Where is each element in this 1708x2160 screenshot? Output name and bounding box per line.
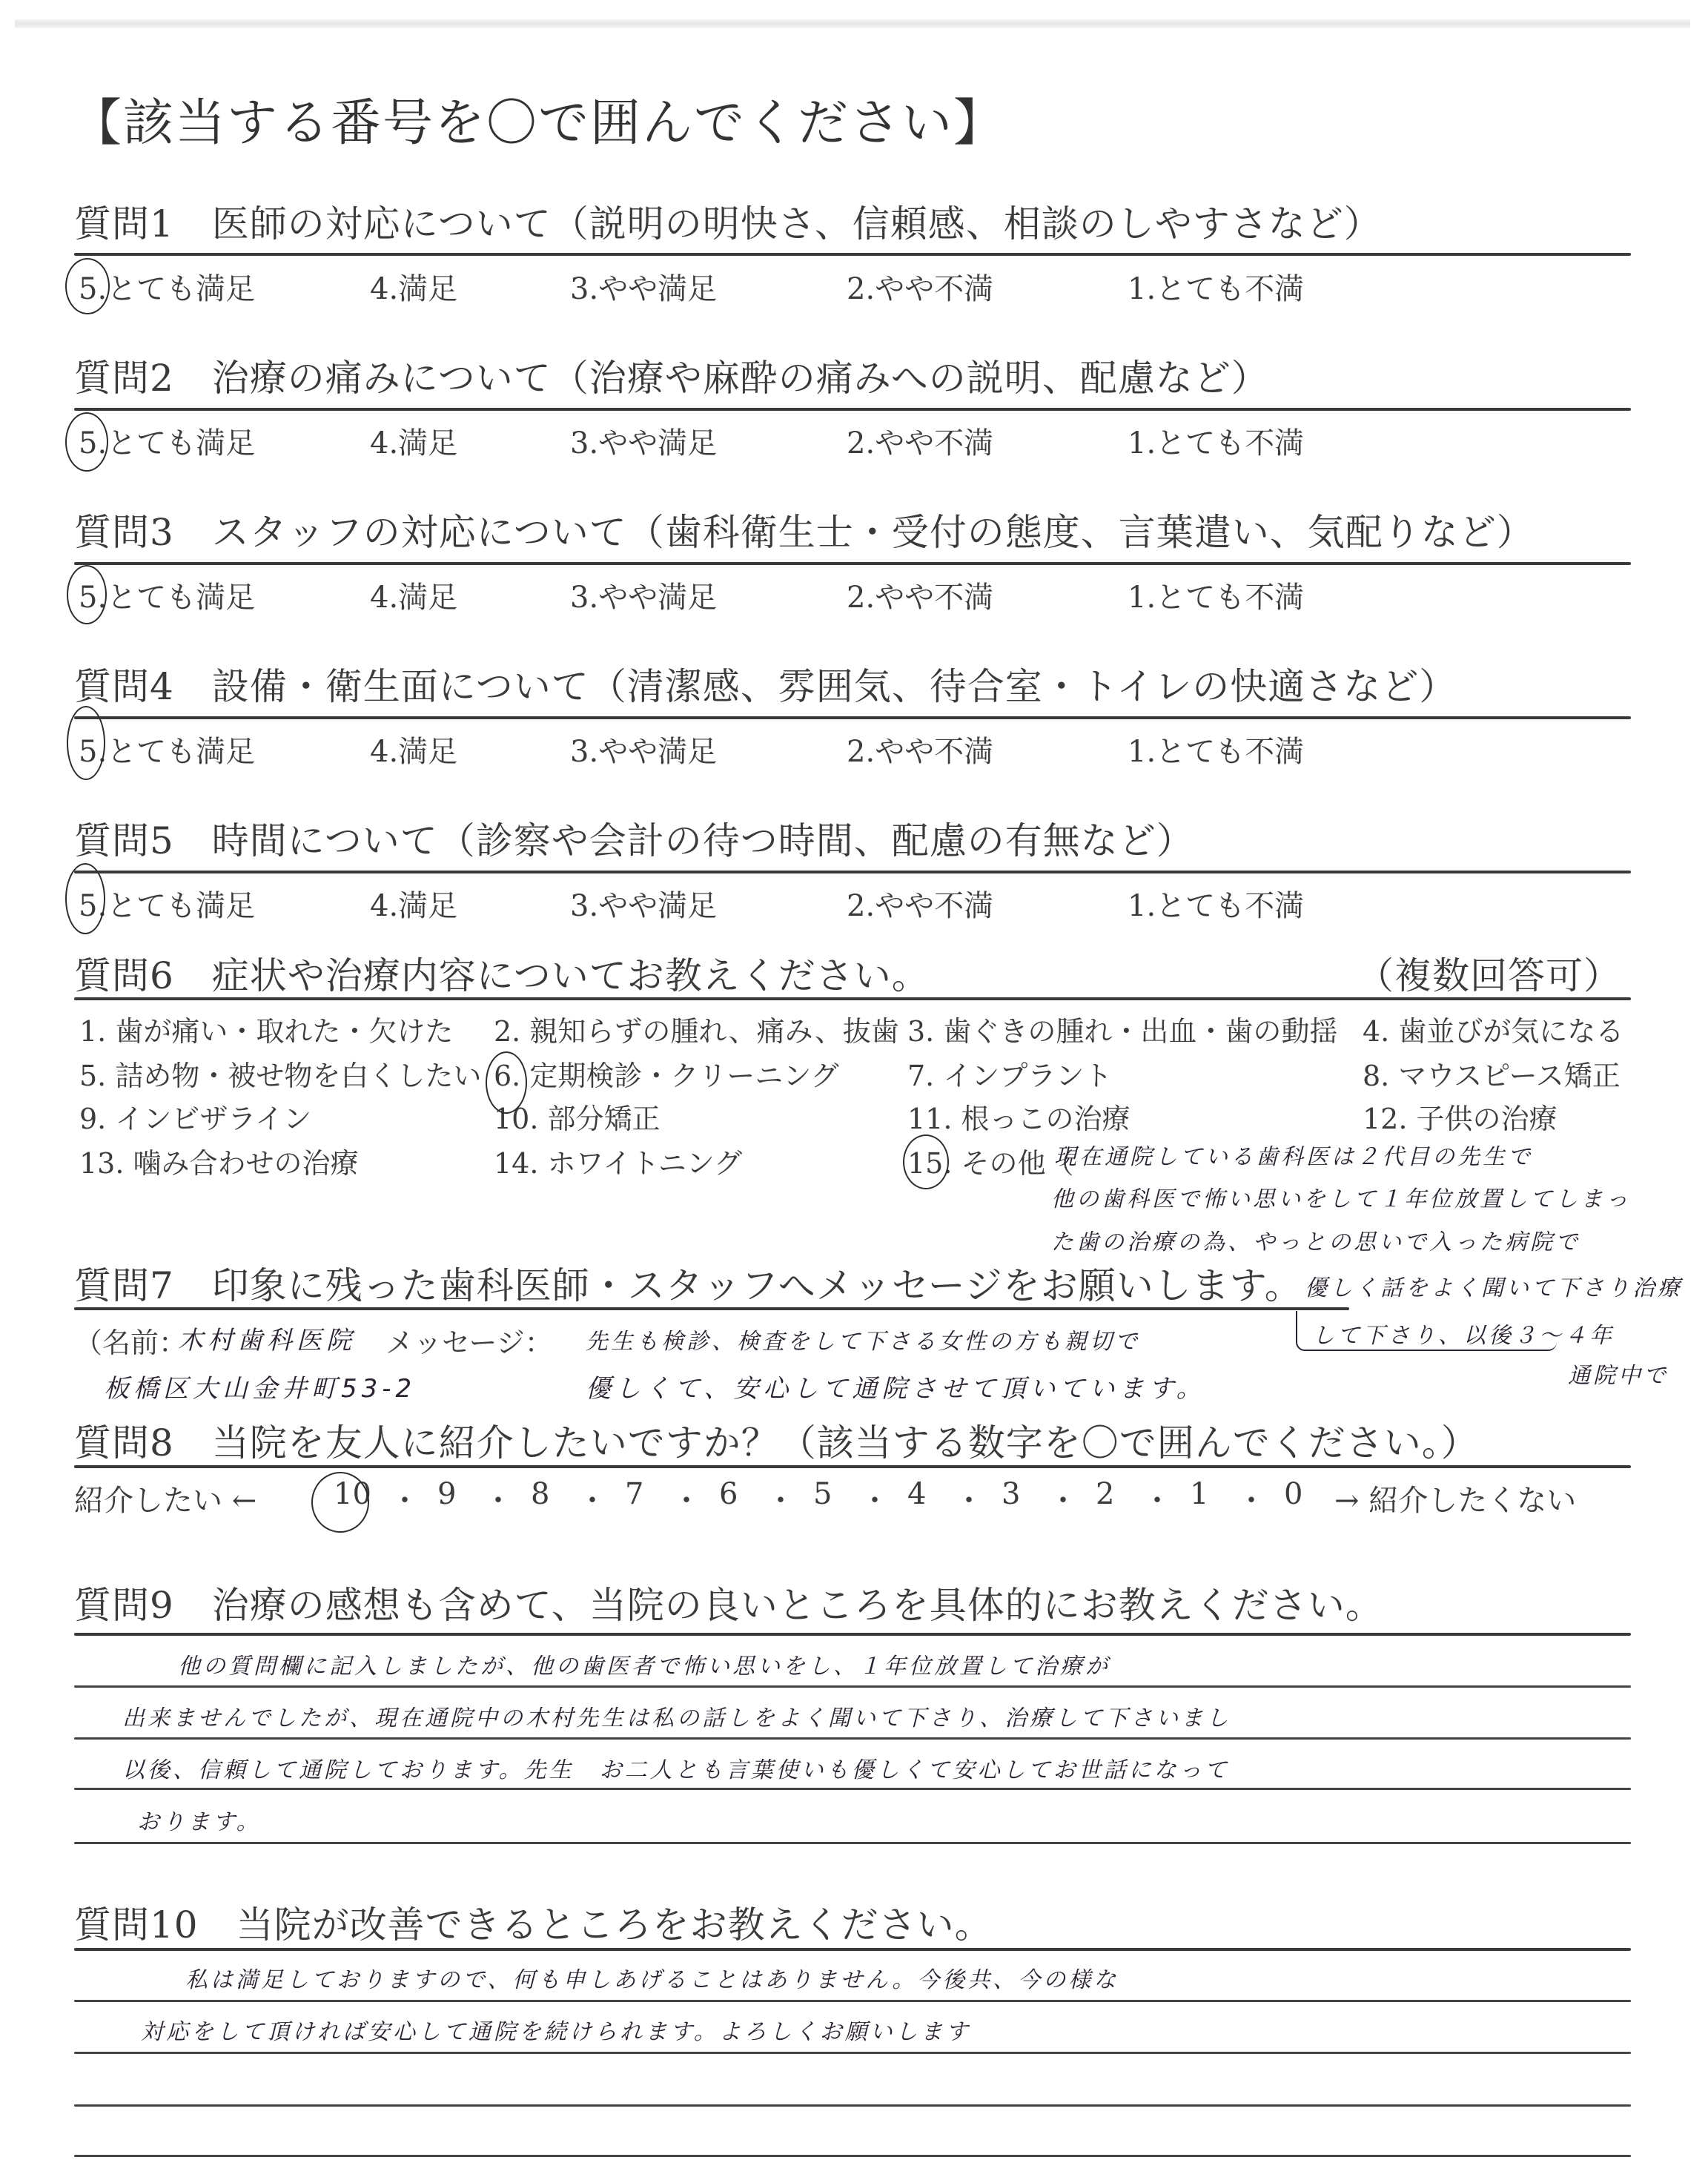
q7-name-label: （名前： xyxy=(74,1320,187,1361)
q6-other-line-4: 優しく話をよく聞いて下さり治療 xyxy=(1305,1269,1683,1302)
question-6-divider xyxy=(74,997,1631,1000)
q6-item-3[interactable]: 3. 歯ぐきの腫れ・出血・歯の動揺 xyxy=(907,1008,1337,1049)
q2-option-4[interactable]: 4.満足 xyxy=(370,420,457,462)
q8-score-6[interactable]: 6 xyxy=(719,1477,738,1511)
q9-answer-line xyxy=(74,1788,1631,1790)
q9-answer-line-1[interactable]: 他の質問欄に記入しましたが、他の歯医者で怖い思いをし、１年位放置して治療が xyxy=(178,1648,1110,1680)
q4-option-1[interactable]: 1.とても不満 xyxy=(1128,728,1304,770)
q8-score-9[interactable]: 9 xyxy=(437,1477,456,1511)
q8-score-8[interactable]: 8 xyxy=(531,1477,549,1511)
q5-option-1[interactable]: 1.とても不満 xyxy=(1128,882,1304,925)
question-2-divider xyxy=(74,408,1631,411)
question-8-divider xyxy=(74,1465,1631,1468)
question-5-heading: 質問5 時間について（診察や会計の待つ時間、配慮の有無など） xyxy=(74,811,1194,865)
q9-answer-line xyxy=(74,1737,1631,1740)
question-7-divider xyxy=(74,1307,1349,1310)
q5-option-3[interactable]: 3.やや満足 xyxy=(570,882,717,925)
q2-option-1[interactable]: 1.とても不満 xyxy=(1128,420,1304,462)
q7-message-line-2[interactable]: 優しくて、安心して通院させて頂いています。 xyxy=(586,1368,1206,1404)
q6-other-line-2: 他の歯科医で怖い思いをして１年位放置してしまっ xyxy=(1051,1180,1631,1213)
q8-right-label: → 紹介したくない xyxy=(1334,1477,1576,1519)
q8-separator: ・ xyxy=(1142,1477,1172,1519)
q6-item-7[interactable]: 7. インプラント xyxy=(907,1053,1112,1094)
q6-other-line-6: 通院中で xyxy=(1568,1357,1669,1390)
q8-score-7[interactable]: 7 xyxy=(625,1477,643,1511)
question-10-divider xyxy=(74,1948,1631,1951)
q10-answer-line-2[interactable]: 対応をして頂ければ安心して通院を続けられます。よろしくお願いします xyxy=(141,2013,971,2046)
q1-option-1[interactable]: 1.とても不満 xyxy=(1128,265,1304,308)
q8-left-label: 紹介したい ← xyxy=(74,1477,256,1519)
q1-option-4[interactable]: 4.満足 xyxy=(370,265,457,308)
question-9-heading: 質問9 治療の感想も含めて、当院の良いところを具体的にお教えください。 xyxy=(74,1576,1383,1629)
q6-item-13[interactable]: 13. 噛み合わせの治療 xyxy=(79,1140,359,1181)
q9-answer-line-4[interactable]: おります。 xyxy=(137,1803,262,1836)
q7-address-value[interactable]: 板橋区大山金井町53-2 xyxy=(104,1368,416,1404)
question-5-divider xyxy=(74,871,1631,873)
q6-item-12[interactable]: 12. 子供の治療 xyxy=(1363,1096,1558,1137)
q4-option-4[interactable]: 4.満足 xyxy=(370,728,457,770)
q9-answer-line xyxy=(74,1685,1631,1688)
q1-selected-circle xyxy=(65,258,110,314)
q2-selected-circle xyxy=(65,412,108,472)
q8-separator: ・ xyxy=(1237,1477,1266,1519)
q4-option-2[interactable]: 2.やや不満 xyxy=(847,728,993,770)
q8-separator: ・ xyxy=(1048,1477,1078,1519)
q5-option-4[interactable]: 4.満足 xyxy=(370,882,457,925)
q1-option-3[interactable]: 3.やや満足 xyxy=(570,265,717,308)
q8-separator: ・ xyxy=(672,1477,701,1519)
scan-top-edge xyxy=(15,19,1690,28)
q8-separator: ・ xyxy=(577,1477,607,1519)
q6-item-4[interactable]: 4. 歯並びが気になる xyxy=(1363,1008,1623,1049)
q8-score-5[interactable]: 5 xyxy=(813,1477,832,1511)
q8-separator: ・ xyxy=(390,1477,420,1519)
instruction-title: 【該当する番号を〇で囲んでください】 xyxy=(71,83,1005,155)
question-1-divider xyxy=(74,253,1631,256)
q10-answer-line xyxy=(74,2000,1631,2002)
q8-score-1[interactable]: 1 xyxy=(1190,1477,1208,1511)
q8-separator: ・ xyxy=(954,1477,984,1519)
q6-item-5[interactable]: 5. 詰め物・被せ物を白くしたい xyxy=(79,1053,481,1094)
q10-answer-line xyxy=(74,2155,1631,2157)
question-6-multiple-note: （複数回答可） xyxy=(1357,946,1621,1000)
q6-item-6-selected-circle xyxy=(486,1051,527,1114)
q3-selected-circle xyxy=(67,565,107,624)
question-9-divider xyxy=(74,1633,1631,1636)
q8-separator: ・ xyxy=(860,1477,890,1519)
q2-option-3[interactable]: 3.やや満足 xyxy=(570,420,717,462)
q8-score-0[interactable]: 0 xyxy=(1284,1477,1302,1511)
question-4-divider xyxy=(74,716,1631,719)
q7-name-value[interactable]: 木村歯科医院 xyxy=(178,1320,356,1356)
q3-option-3[interactable]: 3.やや満足 xyxy=(570,574,717,616)
q4-option-5[interactable]: 5.とても満足 xyxy=(79,728,255,770)
q3-option-4[interactable]: 4.満足 xyxy=(370,574,457,616)
question-2-heading: 質問2 治療の痛みについて（治療や麻酔の痛みへの説明、配慮など） xyxy=(74,349,1269,402)
q9-answer-line-2[interactable]: 出来ませんでしたが、現在通院中の木村先生は私の話しをよく聞いて下さり、治療して下… xyxy=(122,1700,1231,1732)
q5-option-2[interactable]: 2.やや不満 xyxy=(847,882,993,925)
q10-answer-line xyxy=(74,2052,1631,2054)
q6-item-2[interactable]: 2. 親知らずの腫れ、痛み、抜歯 xyxy=(494,1008,899,1049)
q4-selected-circle xyxy=(67,706,105,780)
q8-selected-circle xyxy=(311,1472,369,1533)
question-4-heading: 質問4 設備・衛生面について（清潔感、雰囲気、待合室・トイレの快適さなど） xyxy=(74,657,1457,710)
q8-score-2[interactable]: 2 xyxy=(1096,1477,1114,1511)
q6-other-line-1: 現在通院している歯科医は２代目の先生で xyxy=(1054,1138,1533,1171)
q2-option-2[interactable]: 2.やや不満 xyxy=(847,420,993,462)
q10-answer-line xyxy=(74,2104,1631,2107)
q9-answer-line-3[interactable]: 以後、信頼して通院しております。先生 お二人とも言葉使いも優しくて安心してお世話… xyxy=(122,1751,1230,1784)
q7-message-line-1[interactable]: 先生も検診、検査をして下さる女性の方も親切で xyxy=(586,1323,1140,1355)
question-3-divider xyxy=(74,562,1631,565)
q3-option-1[interactable]: 1.とても不満 xyxy=(1128,574,1304,616)
q4-option-3[interactable]: 3.やや満足 xyxy=(570,728,717,770)
q6-item-8[interactable]: 8. マウスピース矯正 xyxy=(1363,1053,1621,1094)
q6-other-line-3: た歯の治療の為、やっとの思いで入った病院で xyxy=(1051,1223,1580,1256)
q5-selected-circle xyxy=(65,863,105,934)
q1-option-2[interactable]: 2.やや不満 xyxy=(847,265,993,308)
q8-separator: ・ xyxy=(483,1477,513,1519)
question-6-heading: 質問6 症状や治療内容についてお教えください。 xyxy=(74,946,930,1000)
q6-item-11[interactable]: 11. 根っこの治療 xyxy=(907,1096,1131,1137)
q8-separator: ・ xyxy=(766,1477,795,1519)
q10-answer-line-1[interactable]: 私は満足しておりますので、何も申しあげることはありません。今後共、今の様な xyxy=(185,1961,1119,1994)
q6-item-15-selected-circle xyxy=(903,1135,949,1189)
q7-message-label: メッセージ： xyxy=(385,1320,553,1361)
handwritten-bracket xyxy=(1296,1311,1557,1351)
q6-item-6[interactable]: 6. 定期検診・クリーニング xyxy=(494,1053,839,1094)
q9-answer-line xyxy=(74,1842,1631,1844)
q6-item-9[interactable]: 9. インビザライン xyxy=(79,1096,311,1137)
question-3-heading: 質問3 スタッフの対応について（歯科衛生士・受付の態度、言葉遣い、気配りなど） xyxy=(74,503,1535,556)
question-8-heading: 質問8 当院を友人に紹介したいですか？（該当する数字を〇で囲んでください。） xyxy=(74,1413,1479,1467)
q6-item-14[interactable]: 14. ホワイトニング xyxy=(494,1140,742,1181)
q3-option-2[interactable]: 2.やや不満 xyxy=(847,574,993,616)
question-10-heading: 質問10 当院が改善できるところをお教えください。 xyxy=(74,1895,993,1949)
q6-item-1[interactable]: 1. 歯が痛い・取れた・欠けた xyxy=(79,1008,453,1049)
question-1-heading: 質問1 医師の対応について（説明の明快さ、信頼感、相談のしやすさなど） xyxy=(74,194,1382,248)
question-7-heading: 質問7 印象に残った歯科医師・スタッフへメッセージをお願いします。 xyxy=(74,1256,1302,1309)
q8-score-4[interactable]: 4 xyxy=(907,1477,926,1511)
q8-score-3[interactable]: 3 xyxy=(1002,1477,1020,1511)
